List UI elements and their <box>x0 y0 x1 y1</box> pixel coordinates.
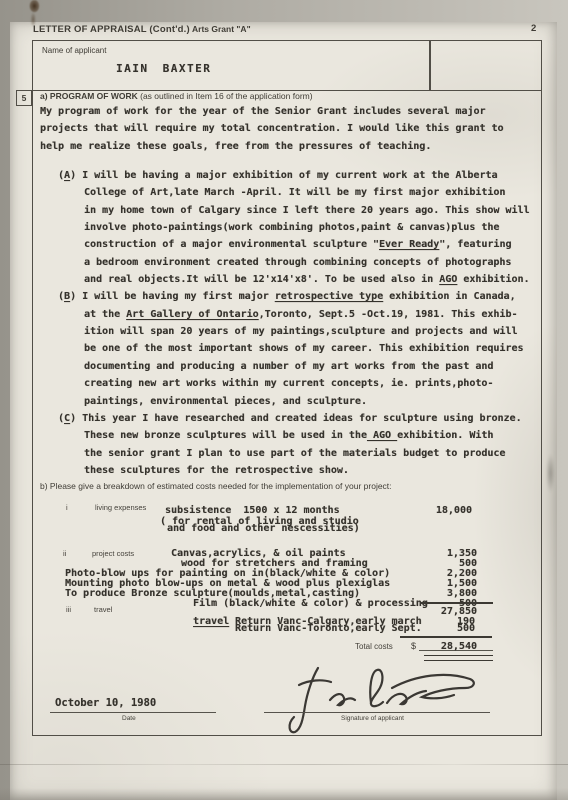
travel-row-amount: 500 <box>457 623 475 634</box>
cost-cat-i-label: living expenses <box>95 503 146 512</box>
section-a-heading-note: (as outlined in Item 16 of the applicati… <box>138 91 313 101</box>
total-costs-label: Total costs <box>355 642 393 651</box>
date-rule <box>50 712 216 713</box>
cost-cat-ii-num: ii <box>63 549 66 558</box>
typewritten-line: creating new art works within my current… <box>84 375 568 392</box>
typewritten-line: these sculptures for the retrospective s… <box>84 462 568 479</box>
scanned-document: LETTER OF APPRAISAL (Cont'd.) Arts Grant… <box>0 0 568 800</box>
typewritten-line: in my home town of Calgary since I left … <box>84 202 568 219</box>
subsistence-amount: 18,000 <box>436 505 472 516</box>
travel-word: travel <box>193 616 229 627</box>
typewritten-line: construction of a major environmental sc… <box>84 236 568 253</box>
typewritten-line: projects that will require my total conc… <box>40 120 568 137</box>
applicant-name-value: IAIN BAXTER <box>116 62 211 75</box>
typewritten-line: College of Art,late March -April. It wil… <box>84 184 568 201</box>
currency-sign: $ <box>411 641 416 651</box>
grant-type-label: Arts Grant "A" <box>192 24 251 34</box>
subtotal-rule <box>420 602 493 604</box>
typewritten-line: (A) I will be having a major exhibition … <box>58 167 568 184</box>
applicant-name-label: Name of applicant <box>42 46 106 55</box>
signature-label: Signature of applicant <box>341 715 404 722</box>
typewritten-line: (C) This year I have researched and crea… <box>58 410 568 427</box>
typewritten-line: be one of the most important shows of my… <box>84 340 568 357</box>
section-a-heading: a) PROGRAM OF WORK (as outlined in Item … <box>40 91 313 101</box>
typewritten-line: involve photo-paintings(work combining p… <box>84 219 568 236</box>
total-baseline-rule <box>419 650 493 651</box>
typewritten-line: paintings, environmental pieces, and scu… <box>84 393 568 410</box>
applicant-signature <box>272 658 484 736</box>
typewritten-line: These new bronze sculptures will be used… <box>84 427 568 444</box>
page-number: 2 <box>531 23 536 34</box>
signature-rule <box>264 712 490 713</box>
typewritten-line: (B) I will be having my first major retr… <box>58 288 568 305</box>
cost-cat-i-num: i <box>66 503 68 512</box>
subsistence-note-line2: and food and other nescessities) <box>167 523 360 534</box>
typewritten-line: My program of work for the year of the S… <box>40 103 568 120</box>
date-label: Date <box>122 715 136 722</box>
program-of-work-text: My program of work for the year of the S… <box>0 103 568 479</box>
paper-crease <box>0 764 568 765</box>
document-title: LETTER OF APPRAISAL (Cont'd.) <box>33 24 190 35</box>
applicant-name-row: Name of applicant IAIN BAXTER <box>33 41 541 91</box>
cost-cat-iii-label: travel <box>94 605 112 614</box>
date-value: October 10, 1980 <box>55 697 156 709</box>
typewritten-line: documenting and producing a number of my… <box>84 358 568 375</box>
section-a-heading-bold: a) PROGRAM OF WORK <box>40 91 138 101</box>
typewritten-line: the senior grant I plan to use part of t… <box>84 445 568 462</box>
cost-cat-iii-num: iii <box>66 605 71 614</box>
section-b-heading: b) Please give a breakdown of estimated … <box>40 481 392 491</box>
cost-row-label: Film (black/white & color) & processing <box>193 598 428 609</box>
travel-row-label: Return Vanc-Toronto,early Sept. <box>235 623 422 634</box>
typewritten-line: help me realize these goals, free from t… <box>40 138 568 155</box>
cost-cat-ii-label: project costs <box>92 549 134 558</box>
travel-rule <box>400 636 492 638</box>
typewritten-line: ition will span 20 years of my paintings… <box>84 323 568 340</box>
subsistence-label: subsistence 1500 x 12 months <box>165 505 340 516</box>
typewritten-line: a bedroom environment created through co… <box>84 254 568 271</box>
scan-bottom-edge <box>0 788 568 800</box>
name-row-divider <box>429 41 431 90</box>
typewritten-line: and real objects.It will be 12'x14'x8'. … <box>84 271 568 288</box>
typewritten-line: at the Art Gallery of Ontario,Toronto, S… <box>84 306 568 323</box>
